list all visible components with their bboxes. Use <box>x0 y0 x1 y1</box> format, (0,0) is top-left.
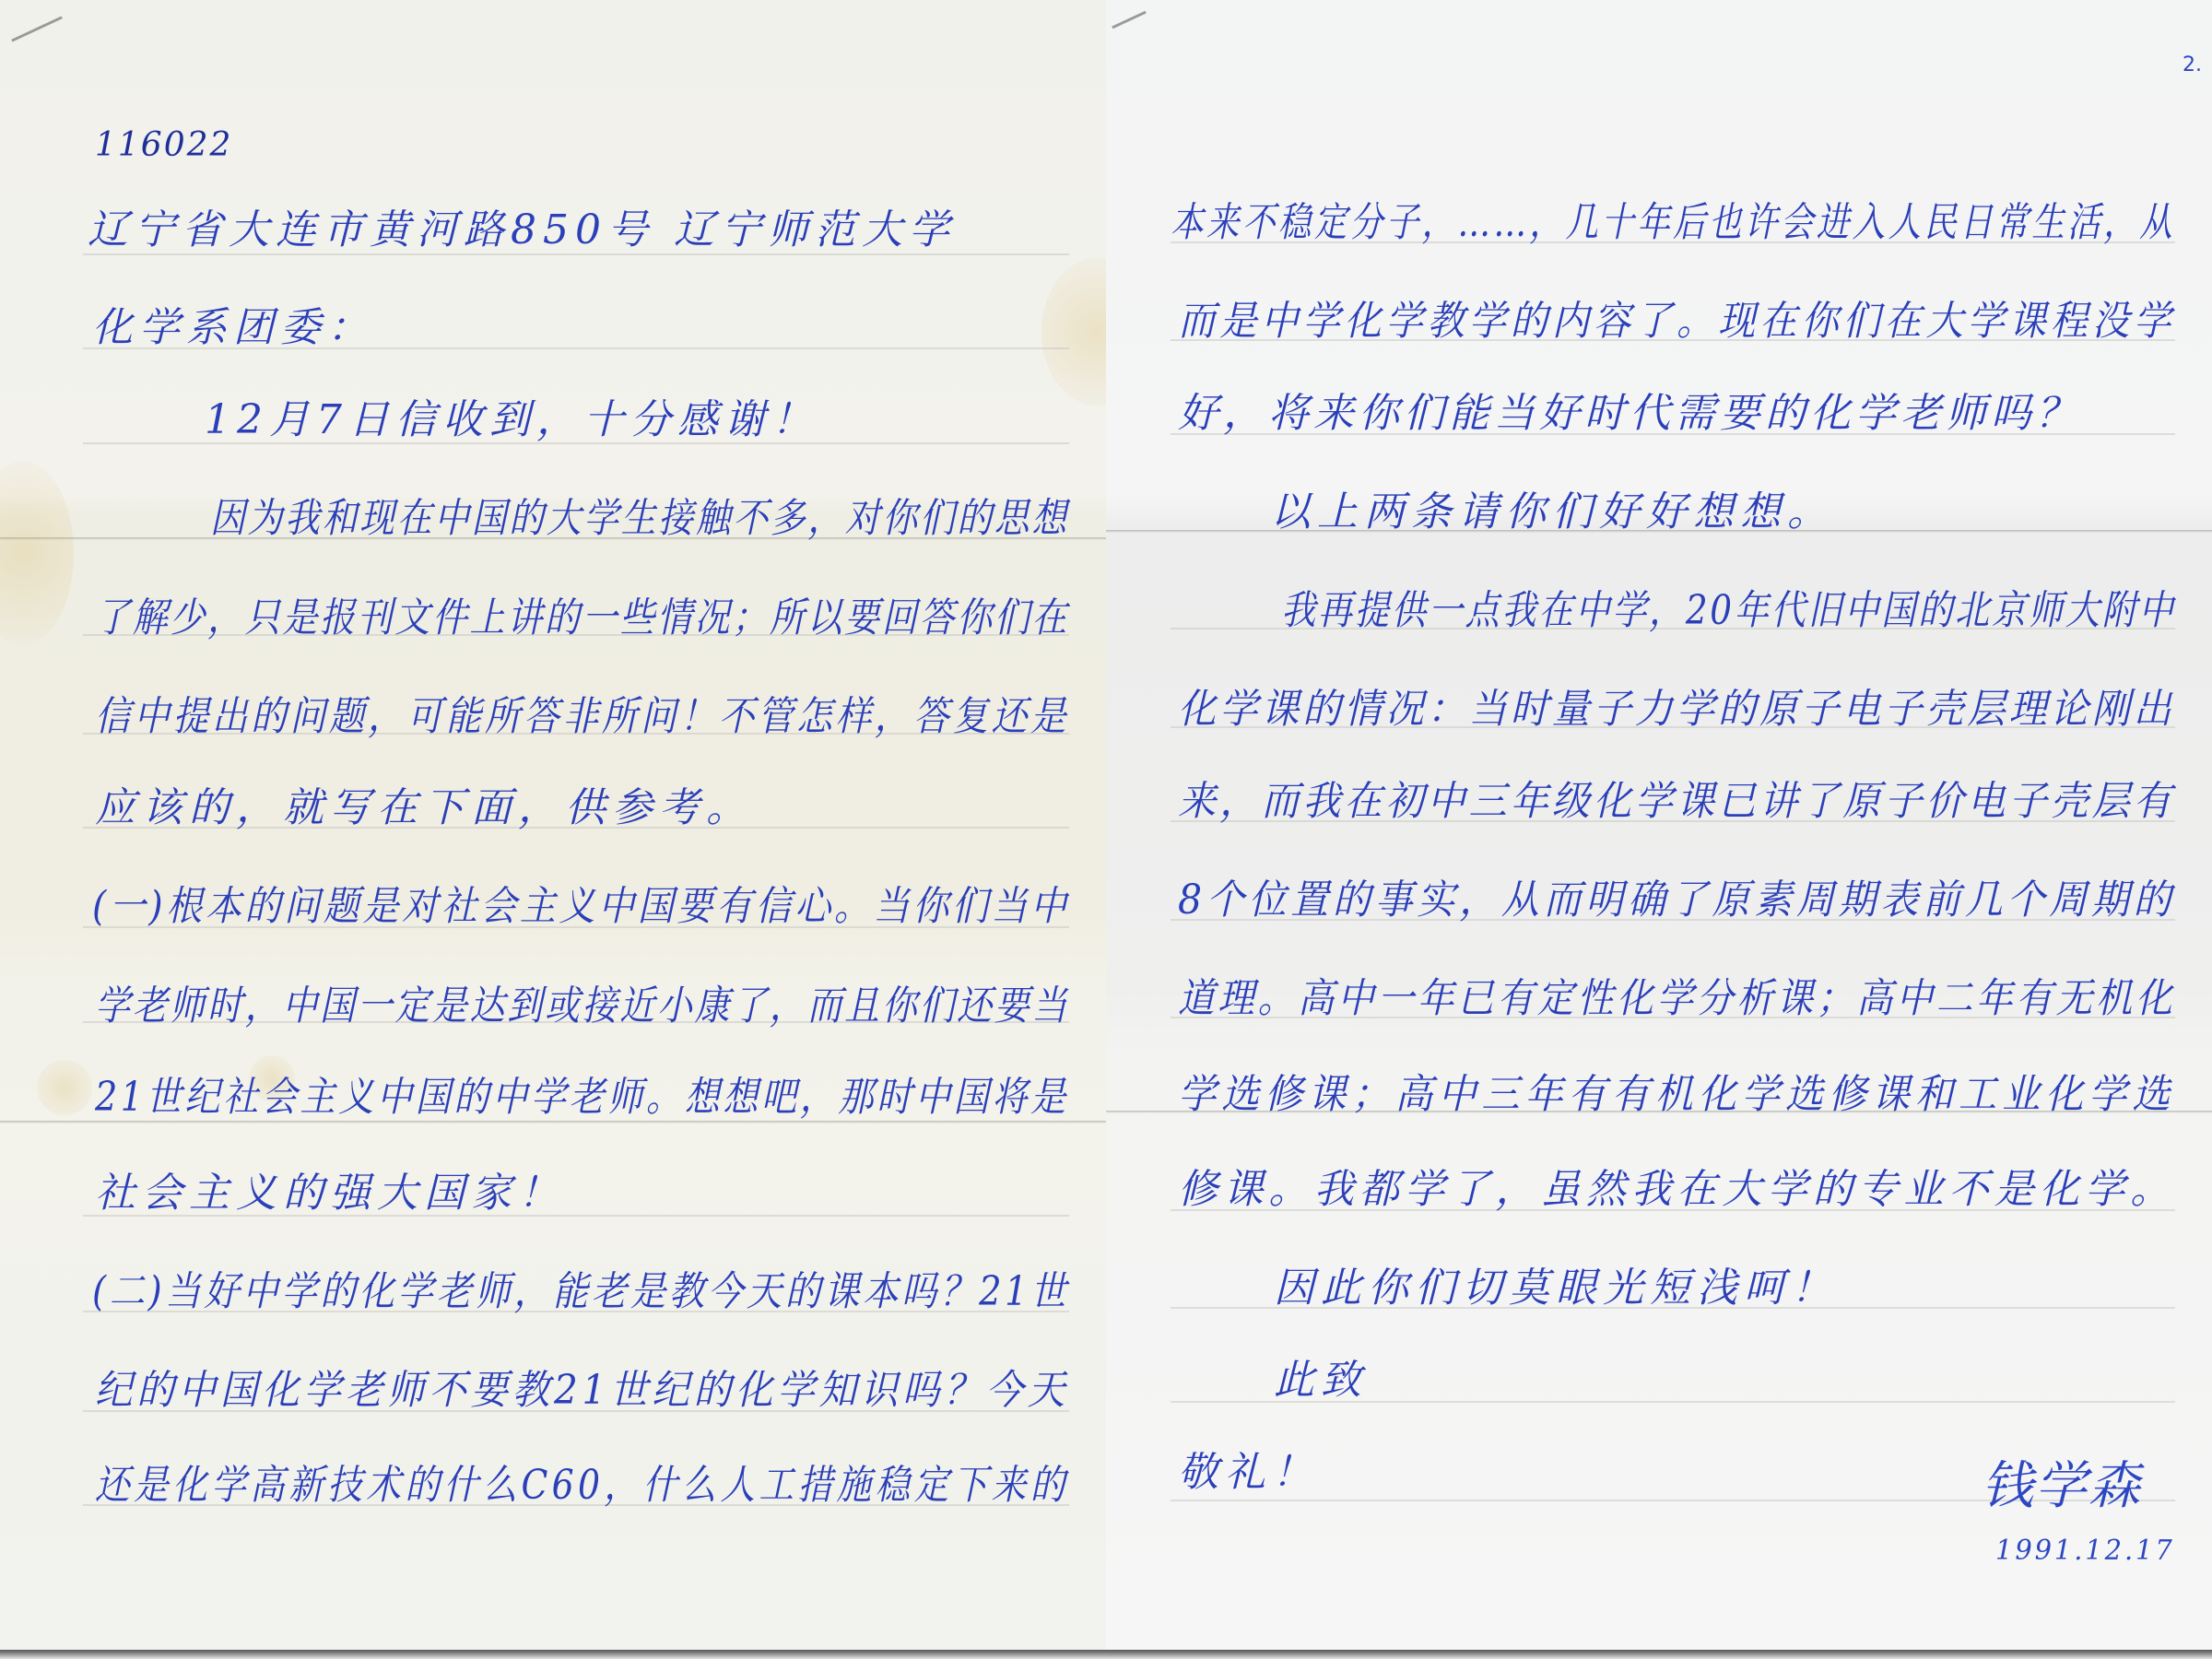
letter-line: 21世纪社会主义中国的中学老师。想想吧，那时中国将是 <box>95 1077 1069 1118</box>
letter-page-1: 116022 辽宁省大连市黄河路850号 辽宁师范大学 化学系团委： 12月7日… <box>0 0 1106 1650</box>
letter-line: 而是中学化学教学的内容了。现在你们在大学课程没学 <box>1178 301 2175 342</box>
ruled-line <box>83 253 1069 255</box>
paper-crease <box>1112 11 1147 29</box>
letter-line: 学老师时，中国一定是达到或接近小康了，而且你们还要当 <box>95 986 1069 1027</box>
letter-date: 1991.12.17 <box>1995 1537 2175 1565</box>
letter-line: 此致 <box>1274 1360 1368 1401</box>
letter-line: 应该的，就写在下面，供参考。 <box>95 788 753 829</box>
paper-stain <box>37 1060 92 1115</box>
letter-line: 学选修课；高中三年有有机化学选修课和工业化学选 <box>1178 1075 2175 1115</box>
signature: 钱学森 <box>1982 1461 2142 1512</box>
letter-page-2: 2. 本来不稳定分子，……，几十年后也许会进入人民日常生活，从 而是中学化学教学… <box>1106 0 2212 1650</box>
paper-stain <box>0 461 74 645</box>
fold-crease <box>0 1121 1106 1124</box>
letter-line: 纪的中国化学老师不要教21世纪的化学知识吗？今天 <box>95 1371 1069 1411</box>
recipient-address: 辽宁省大连市黄河路850号 辽宁师范大学 <box>88 210 956 251</box>
letter-line: 道理。高中一年已有定性化学分析课；高中二年有无机化 <box>1178 979 2175 1019</box>
letter-line: 本来不稳定分子，……，几十年后也许会进入人民日常生活，从 <box>1171 203 2175 243</box>
letter-line: 12月7日信收到，十分感谢！ <box>205 400 818 441</box>
letter-line: 因为我和现在中国的大学生接触不多，对你们的思想 <box>210 499 1069 539</box>
letter-line: 我再提供一点我在中学，20年代旧中国的北京师大附中 <box>1281 591 2175 631</box>
letter-line: 来，而我在初中三年级化学课已讲了原子价电子壳层有 <box>1178 782 2175 822</box>
salutation: 化学系团委： <box>92 308 374 348</box>
letter-line: 因此你们切莫眼光短浅呵！ <box>1274 1268 1838 1309</box>
letter-line: 以上两条请你们好好想想。 <box>1270 492 1834 533</box>
paper-stain <box>1041 258 1106 406</box>
postal-code: 116022 <box>95 129 232 162</box>
paper-crease <box>11 16 63 41</box>
letter-line: 社会主义的强大国家！ <box>95 1173 565 1214</box>
letter-line: (二)当好中学的化学老师，能老是教今天的课本吗？21世 <box>92 1272 1069 1312</box>
letter-line: (一)根本的问题是对社会主义中国要有信心。当你们当中 <box>92 887 1070 927</box>
letter-line: 好，将来你们能当好时代需要的化学老师吗？ <box>1178 394 2081 434</box>
closing-salute: 敬礼！ <box>1178 1453 1319 1493</box>
page-bottom-edge <box>0 1650 2212 1659</box>
page-number: 2. <box>2183 53 2202 76</box>
letter-line: 信中提出的问题，可能所答非所问！不管怎样，答复还是 <box>95 697 1069 737</box>
letter-line: 化学课的情况：当时量子力学的原子电子壳层理论刚出 <box>1178 689 2175 730</box>
letter-line: 修课。我都学了，虽然我在大学的专业不是化学。 <box>1178 1170 2175 1210</box>
letter-line: 8个位置的事实，从而明确了原素周期表前几个周期的 <box>1178 880 2175 921</box>
letter-line: 了解少，只是报刊文件上讲的一些情况；所以要回答你们在 <box>95 598 1069 639</box>
letter-line: 还是化学高新技术的什么C60，什么人工措施稳定下来的 <box>95 1465 1069 1506</box>
